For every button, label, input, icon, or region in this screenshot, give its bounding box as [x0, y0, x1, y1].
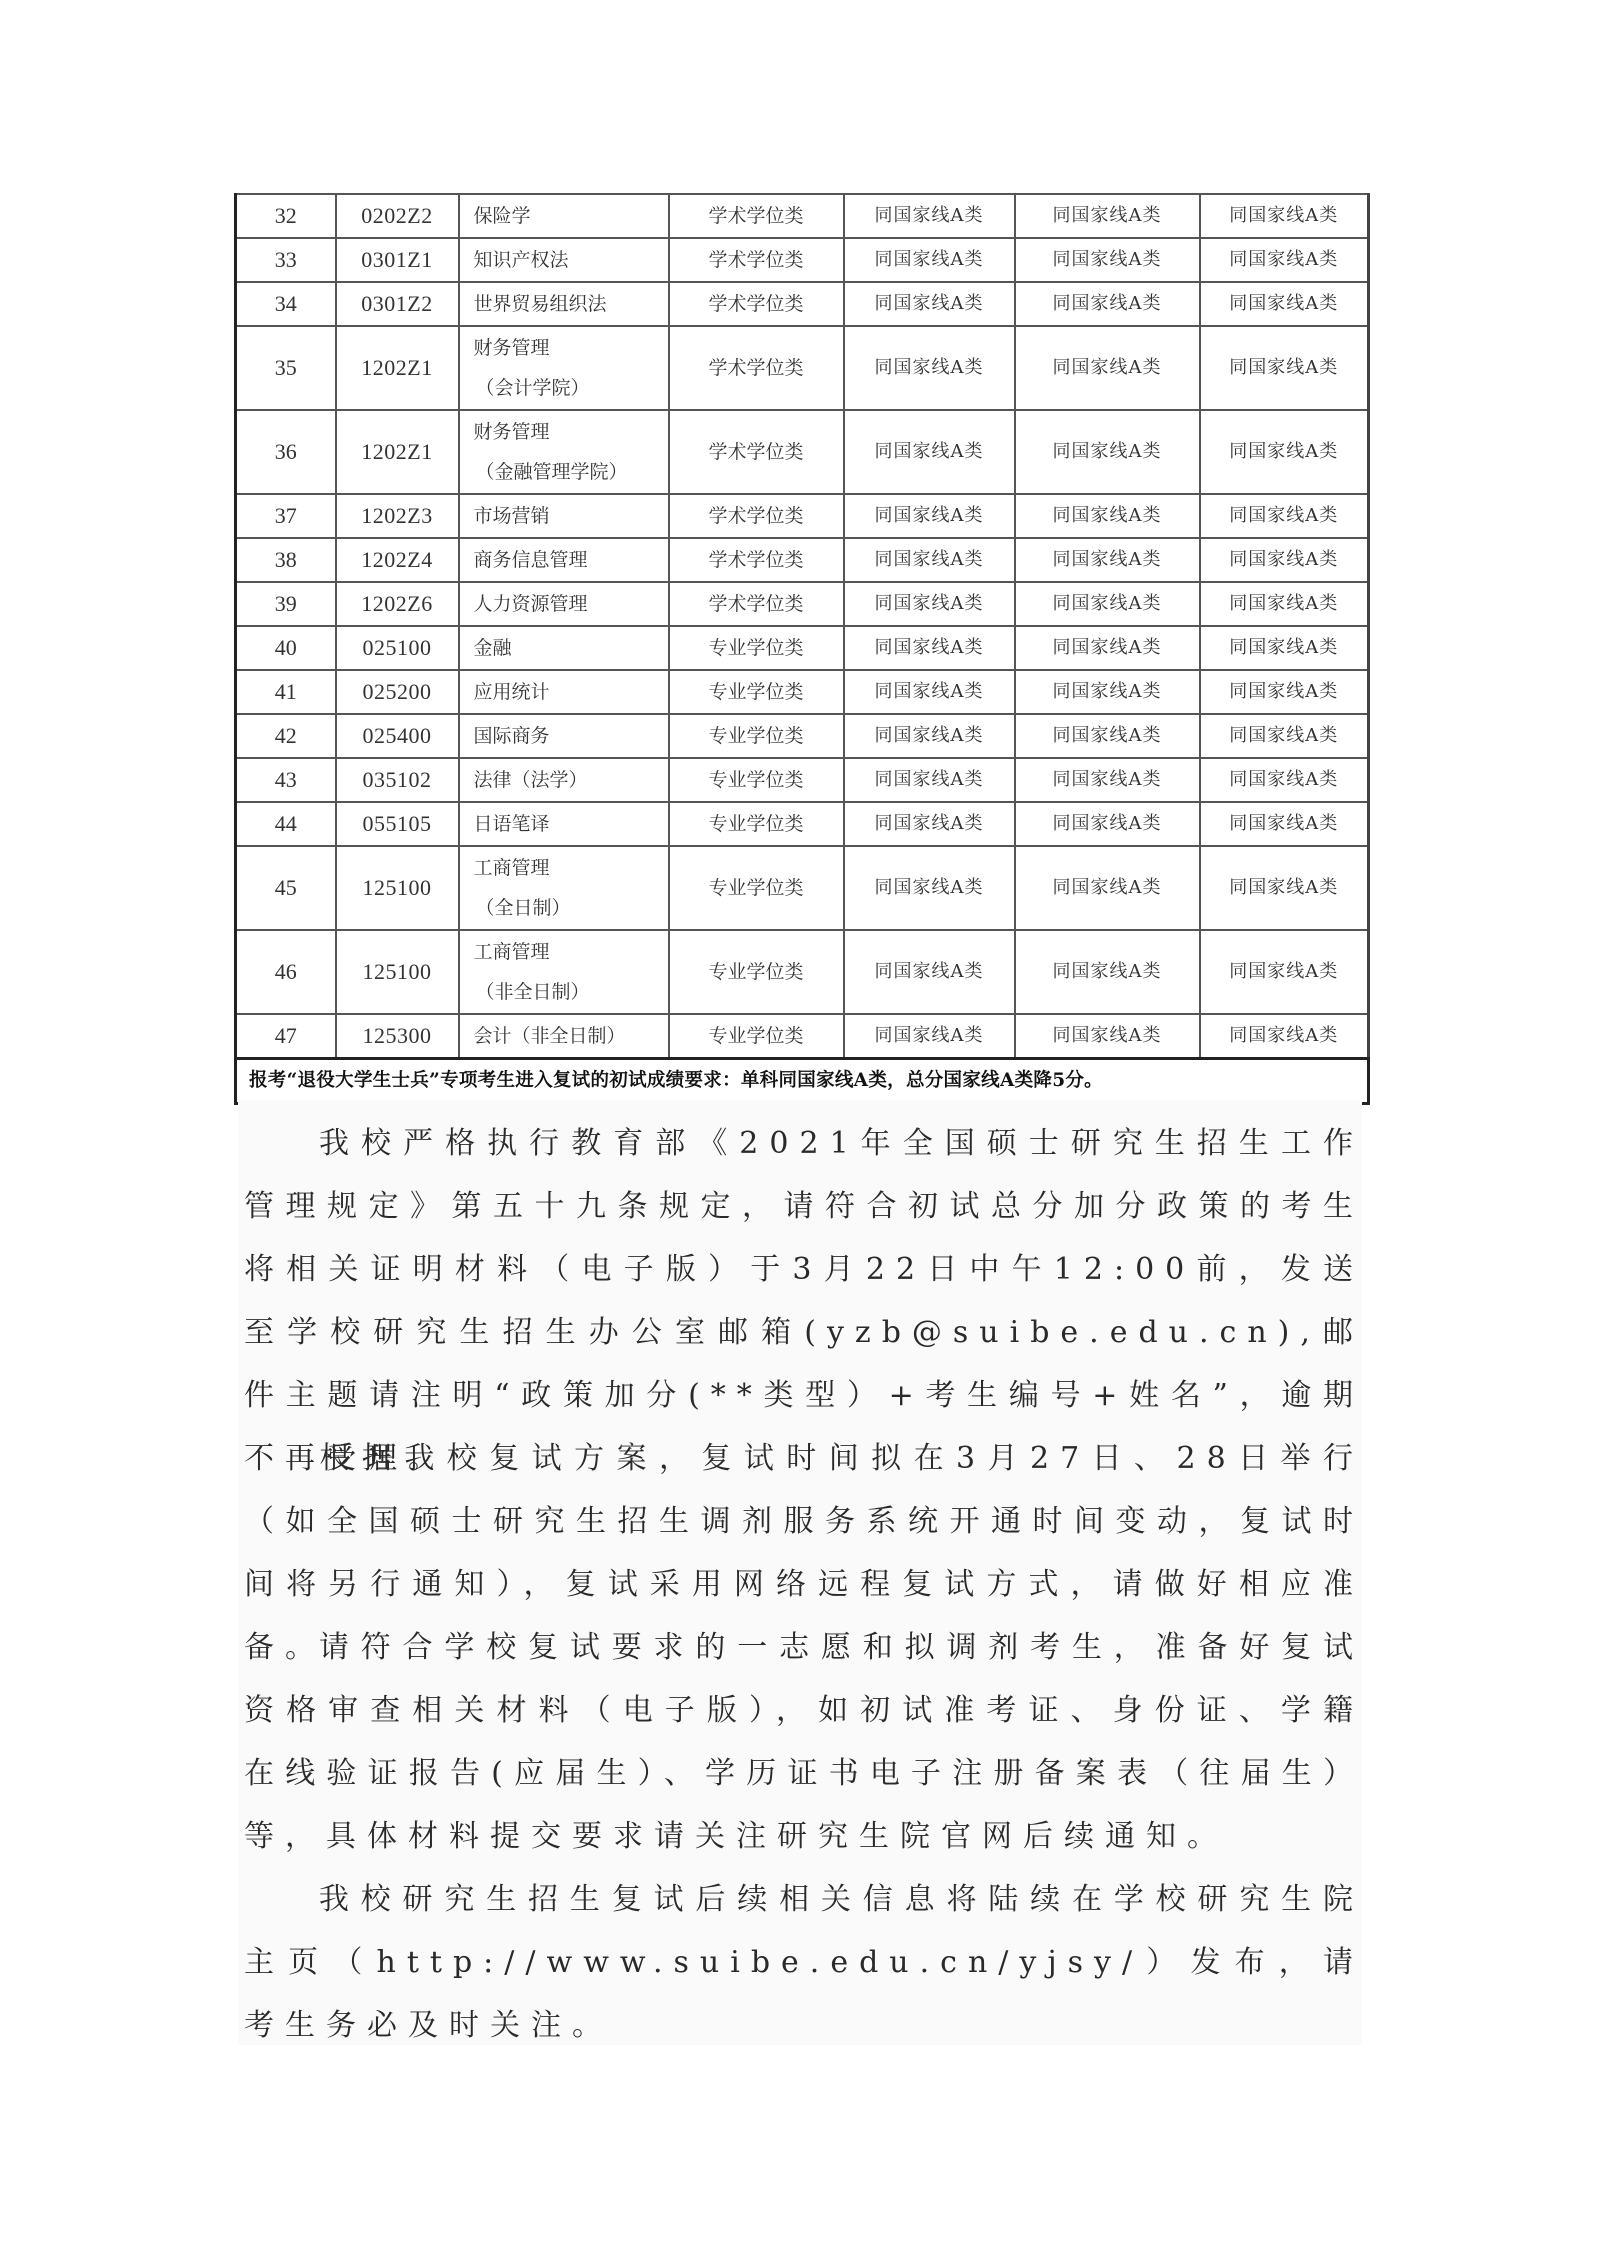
document-page: 320202Z2保险学学术学位类同国家线A类同国家线A类同国家线A类330301… [0, 0, 1600, 2262]
total-score-requirement: 同国家线A类 [1200, 494, 1369, 538]
program-name: 金融 [459, 626, 669, 670]
program-code: 1202Z1 [336, 326, 459, 410]
row-number: 37 [236, 494, 336, 538]
total-score-requirement: 同国家线A类 [1200, 238, 1369, 282]
single-subject-over100-requirement: 同国家线A类 [1015, 802, 1200, 846]
program-name-subtitle: （非全日制） [474, 972, 668, 1012]
program-name: 市场营销 [459, 494, 669, 538]
program-name-line: 世界贸易组织法 [474, 283, 668, 325]
single-subject-100-requirement: 同国家线A类 [844, 626, 1015, 670]
row-number: 40 [236, 626, 336, 670]
single-subject-over100-requirement: 同国家线A类 [1015, 930, 1200, 1014]
row-number: 36 [236, 410, 336, 494]
single-subject-over100-requirement: 同国家线A类 [1015, 194, 1200, 238]
program-name: 保险学 [459, 194, 669, 238]
program-name: 国际商务 [459, 714, 669, 758]
table-body: 320202Z2保险学学术学位类同国家线A类同国家线A类同国家线A类330301… [236, 194, 1369, 1104]
program-name: 工商管理（全日制） [459, 846, 669, 930]
program-name: 商务信息管理 [459, 538, 669, 582]
program-name-line: 金融 [474, 627, 668, 669]
row-number: 39 [236, 582, 336, 626]
program-code: 1202Z1 [336, 410, 459, 494]
program-name-subtitle: （全日制） [474, 888, 668, 928]
degree-type: 学术学位类 [669, 582, 844, 626]
single-subject-100-requirement: 同国家线A类 [844, 282, 1015, 326]
program-name: 应用统计 [459, 670, 669, 714]
degree-type: 专业学位类 [669, 626, 844, 670]
total-score-requirement: 同国家线A类 [1200, 1014, 1369, 1059]
program-name: 财务管理（会计学院） [459, 326, 669, 410]
total-score-requirement: 同国家线A类 [1200, 714, 1369, 758]
program-name: 会计（非全日制） [459, 1014, 669, 1059]
single-subject-100-requirement: 同国家线A类 [844, 758, 1015, 802]
program-code: 125100 [336, 846, 459, 930]
program-name-line: 会计（非全日制） [474, 1015, 668, 1057]
degree-type: 学术学位类 [669, 282, 844, 326]
table-row: 41025200应用统计专业学位类同国家线A类同国家线A类同国家线A类 [236, 670, 1369, 714]
single-subject-100-requirement: 同国家线A类 [844, 670, 1015, 714]
single-subject-100-requirement: 同国家线A类 [844, 538, 1015, 582]
table-row: 351202Z1财务管理（会计学院）学术学位类同国家线A类同国家线A类同国家线A… [236, 326, 1369, 410]
program-name-line: 财务管理 [474, 328, 668, 368]
table-row: 45125100工商管理（全日制）专业学位类同国家线A类同国家线A类同国家线A类 [236, 846, 1369, 930]
total-score-requirement: 同国家线A类 [1200, 802, 1369, 846]
program-name-line: 法律（法学） [474, 759, 668, 801]
total-score-requirement: 同国家线A类 [1200, 326, 1369, 410]
program-name-line: 人力资源管理 [474, 583, 668, 625]
degree-type: 专业学位类 [669, 802, 844, 846]
total-score-requirement: 同国家线A类 [1200, 194, 1369, 238]
single-subject-100-requirement: 同国家线A类 [844, 494, 1015, 538]
row-number: 38 [236, 538, 336, 582]
program-code: 125300 [336, 1014, 459, 1059]
row-number: 41 [236, 670, 336, 714]
single-subject-100-requirement: 同国家线A类 [844, 326, 1015, 410]
single-subject-over100-requirement: 同国家线A类 [1015, 282, 1200, 326]
degree-type: 专业学位类 [669, 670, 844, 714]
program-name-line: 知识产权法 [474, 239, 668, 281]
single-subject-over100-requirement: 同国家线A类 [1015, 670, 1200, 714]
degree-type: 学术学位类 [669, 238, 844, 282]
row-number: 45 [236, 846, 336, 930]
row-number: 33 [236, 238, 336, 282]
single-subject-over100-requirement: 同国家线A类 [1015, 238, 1200, 282]
veteran-note: 报考“退役大学生士兵”专项考生进入复试的初试成绩要求：单科同国家线A类，总分国家… [236, 1059, 1369, 1104]
row-number: 47 [236, 1014, 336, 1059]
row-number: 42 [236, 714, 336, 758]
row-number: 44 [236, 802, 336, 846]
row-number: 35 [236, 326, 336, 410]
program-name-line: 保险学 [474, 195, 668, 237]
single-subject-100-requirement: 同国家线A类 [844, 582, 1015, 626]
table-row: 381202Z4商务信息管理学术学位类同国家线A类同国家线A类同国家线A类 [236, 538, 1369, 582]
program-name-line: 商务信息管理 [474, 539, 668, 581]
single-subject-over100-requirement: 同国家线A类 [1015, 582, 1200, 626]
program-name-line: 市场营销 [474, 495, 668, 537]
program-name-line: 工商管理 [474, 932, 668, 972]
row-number: 34 [236, 282, 336, 326]
single-subject-100-requirement: 同国家线A类 [844, 238, 1015, 282]
degree-type: 学术学位类 [669, 538, 844, 582]
row-number: 46 [236, 930, 336, 1014]
single-subject-100-requirement: 同国家线A类 [844, 802, 1015, 846]
program-name-subtitle: （会计学院） [474, 368, 668, 408]
degree-type: 专业学位类 [669, 714, 844, 758]
program-name-line: 日语笔译 [474, 803, 668, 845]
total-score-requirement: 同国家线A类 [1200, 758, 1369, 802]
program-name: 人力资源管理 [459, 582, 669, 626]
program-name: 世界贸易组织法 [459, 282, 669, 326]
row-number: 32 [236, 194, 336, 238]
program-code: 025100 [336, 626, 459, 670]
single-subject-100-requirement: 同国家线A类 [844, 194, 1015, 238]
program-code: 1202Z6 [336, 582, 459, 626]
program-name: 知识产权法 [459, 238, 669, 282]
table-row: 40025100金融专业学位类同国家线A类同国家线A类同国家线A类 [236, 626, 1369, 670]
program-name-subtitle: （金融管理学院） [474, 452, 668, 492]
table-row: 361202Z1财务管理（金融管理学院）学术学位类同国家线A类同国家线A类同国家… [236, 410, 1369, 494]
paragraph-text: 我校研究生招生复试后续相关信息将陆续在学校研究生院主页（http://www.s… [244, 1882, 1364, 2043]
single-subject-over100-requirement: 同国家线A类 [1015, 538, 1200, 582]
program-code: 1202Z3 [336, 494, 459, 538]
program-code: 055105 [336, 802, 459, 846]
program-name-line: 国际商务 [474, 715, 668, 757]
single-subject-over100-requirement: 同国家线A类 [1015, 714, 1200, 758]
table-row: 42025400国际商务专业学位类同国家线A类同国家线A类同国家线A类 [236, 714, 1369, 758]
single-subject-over100-requirement: 同国家线A类 [1015, 410, 1200, 494]
program-name: 日语笔译 [459, 802, 669, 846]
program-name-line: 工商管理 [474, 848, 668, 888]
total-score-requirement: 同国家线A类 [1200, 282, 1369, 326]
total-score-requirement: 同国家线A类 [1200, 670, 1369, 714]
program-code: 0301Z2 [336, 282, 459, 326]
paragraph-materials: 请符合学校复试要求的一志愿和拟调剂考生，准备好复试资格审查相关材料（电子版），如… [244, 1616, 1364, 1868]
total-score-requirement: 同国家线A类 [1200, 410, 1369, 494]
single-subject-100-requirement: 同国家线A类 [844, 714, 1015, 758]
program-code: 1202Z4 [336, 538, 459, 582]
single-subject-100-requirement: 同国家线A类 [844, 846, 1015, 930]
score-requirements-table: 320202Z2保险学学术学位类同国家线A类同国家线A类同国家线A类330301… [234, 193, 1370, 1105]
degree-type: 学术学位类 [669, 326, 844, 410]
degree-type: 专业学位类 [669, 930, 844, 1014]
table-row: 340301Z2世界贸易组织法学术学位类同国家线A类同国家线A类同国家线A类 [236, 282, 1369, 326]
program-code: 0301Z1 [336, 238, 459, 282]
degree-type: 专业学位类 [669, 1014, 844, 1059]
program-code: 125100 [336, 930, 459, 1014]
program-name: 法律（法学） [459, 758, 669, 802]
program-name: 财务管理（金融管理学院） [459, 410, 669, 494]
degree-type: 学术学位类 [669, 410, 844, 494]
program-code: 0202Z2 [336, 194, 459, 238]
program-code: 025400 [336, 714, 459, 758]
degree-type: 专业学位类 [669, 758, 844, 802]
paragraph-text: 我校严格执行教育部《2021年全国硕士研究生招生工作管理规定》第五十九条规定，请… [244, 1126, 1364, 1476]
degree-type: 专业学位类 [669, 846, 844, 930]
total-score-requirement: 同国家线A类 [1200, 930, 1369, 1014]
table-row: 46125100工商管理（非全日制）专业学位类同国家线A类同国家线A类同国家线A… [236, 930, 1369, 1014]
total-score-requirement: 同国家线A类 [1200, 538, 1369, 582]
single-subject-over100-requirement: 同国家线A类 [1015, 494, 1200, 538]
veteran-note-row: 报考“退役大学生士兵”专项考生进入复试的初试成绩要求：单科同国家线A类，总分国家… [236, 1059, 1369, 1104]
table-row: 371202Z3市场营销学术学位类同国家线A类同国家线A类同国家线A类 [236, 494, 1369, 538]
table-row: 330301Z1知识产权法学术学位类同国家线A类同国家线A类同国家线A类 [236, 238, 1369, 282]
row-number: 43 [236, 758, 336, 802]
paragraph-follow-up: 我校研究生招生复试后续相关信息将陆续在学校研究生院主页（http://www.s… [244, 1868, 1364, 2057]
degree-type: 学术学位类 [669, 494, 844, 538]
table-row: 47125300会计（非全日制）专业学位类同国家线A类同国家线A类同国家线A类 [236, 1014, 1369, 1059]
table-row: 320202Z2保险学学术学位类同国家线A类同国家线A类同国家线A类 [236, 194, 1369, 238]
single-subject-over100-requirement: 同国家线A类 [1015, 846, 1200, 930]
single-subject-over100-requirement: 同国家线A类 [1015, 326, 1200, 410]
program-name-line: 应用统计 [474, 671, 668, 713]
program-code: 035102 [336, 758, 459, 802]
degree-type: 学术学位类 [669, 194, 844, 238]
single-subject-100-requirement: 同国家线A类 [844, 410, 1015, 494]
single-subject-over100-requirement: 同国家线A类 [1015, 758, 1200, 802]
table-row: 43035102法律（法学）专业学位类同国家线A类同国家线A类同国家线A类 [236, 758, 1369, 802]
table-row: 391202Z6人力资源管理学术学位类同国家线A类同国家线A类同国家线A类 [236, 582, 1369, 626]
paragraph-text: 请符合学校复试要求的一志愿和拟调剂考生，准备好复试资格审查相关材料（电子版），如… [244, 1630, 1364, 1854]
program-name-line: 财务管理 [474, 412, 668, 452]
table-row: 44055105日语笔译专业学位类同国家线A类同国家线A类同国家线A类 [236, 802, 1369, 846]
total-score-requirement: 同国家线A类 [1200, 626, 1369, 670]
single-subject-100-requirement: 同国家线A类 [844, 1014, 1015, 1059]
single-subject-over100-requirement: 同国家线A类 [1015, 626, 1200, 670]
single-subject-over100-requirement: 同国家线A类 [1015, 1014, 1200, 1059]
single-subject-100-requirement: 同国家线A类 [844, 930, 1015, 1014]
total-score-requirement: 同国家线A类 [1200, 582, 1369, 626]
program-code: 025200 [336, 670, 459, 714]
program-name: 工商管理（非全日制） [459, 930, 669, 1014]
total-score-requirement: 同国家线A类 [1200, 846, 1369, 930]
